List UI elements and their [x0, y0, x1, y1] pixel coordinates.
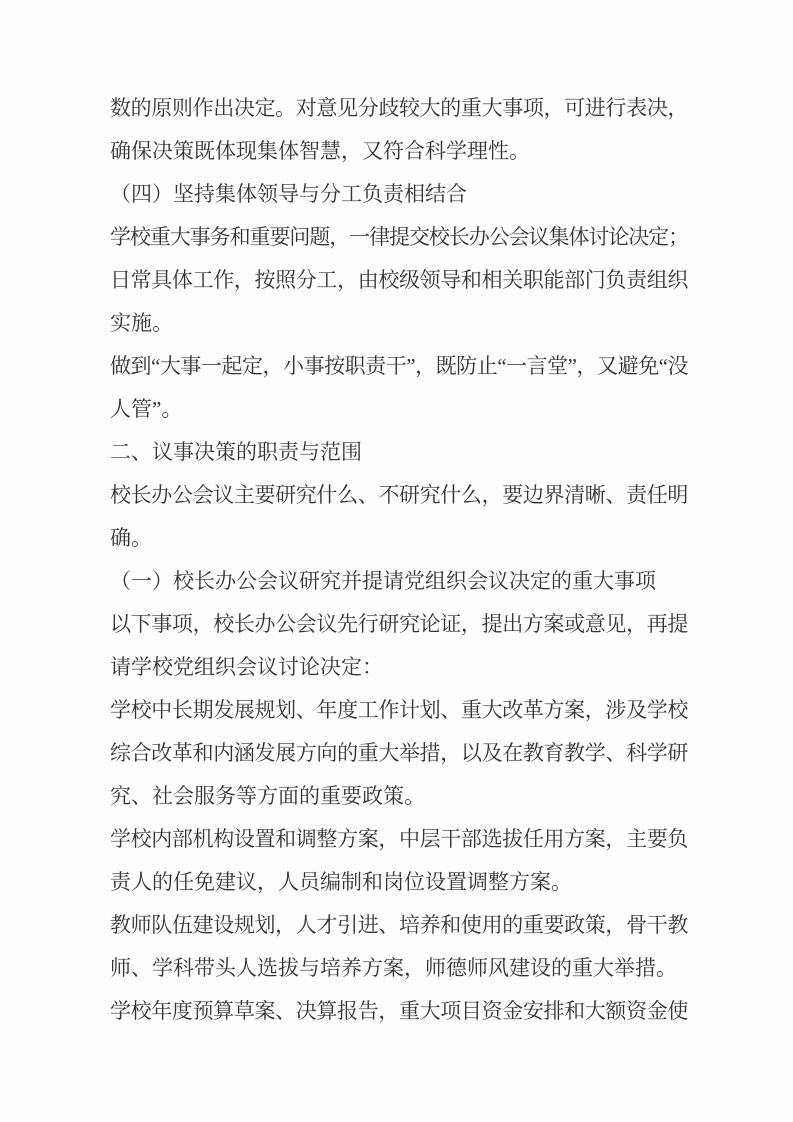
text-line: 学校内部机构设置和调整方案，中层干部选拔任用方案，主要负 [110, 818, 688, 861]
text-line: 实施。 [110, 302, 688, 345]
text-line: 师、学科带头人选拔与培养方案，师德师风建设的重大举措。 [110, 947, 688, 990]
document-text-block: 数的原则作出决定。对意见分歧较大的重大事项，可进行表决， 确保决策既体现集体智慧… [110, 87, 688, 1033]
document-page: 数的原则作出决定。对意见分歧较大的重大事项，可进行表决， 确保决策既体现集体智慧… [0, 0, 793, 1122]
text-line: 做到“大事一起定，小事按职责干”，既防止“一言堂”，又避免“没 [110, 345, 688, 388]
text-line: 日常具体工作，按照分工，由校级领导和相关职能部门负责组织 [110, 259, 688, 302]
text-line: 校长办公会议主要研究什么、不研究什么，要边界清晰、责任明 [110, 474, 688, 517]
text-line: 究、社会服务等方面的重要政策。 [110, 775, 688, 818]
text-line: 学校重大事务和重要问题，一律提交校长办公会议集体讨论决定； [110, 216, 688, 259]
text-line: 综合改革和内涵发展方向的重大举措，以及在教育教学、科学研 [110, 732, 688, 775]
text-line: 数的原则作出决定。对意见分歧较大的重大事项，可进行表决， [110, 87, 688, 130]
text-line: 学校年度预算草案、决算报告，重大项目资金安排和大额资金使 [110, 990, 688, 1033]
subsection-heading-si: （四）坚持集体领导与分工负责相结合 [110, 173, 688, 216]
text-line: 学校中长期发展规划、年度工作计划、重大改革方案，涉及学校 [110, 689, 688, 732]
text-line: 人管”。 [110, 388, 688, 431]
text-line: 以下事项，校长办公会议先行研究论证，提出方案或意见，再提 [110, 603, 688, 646]
section-heading-er: 二、议事决策的职责与范围 [110, 431, 688, 474]
text-line: 请学校党组织会议讨论决定： [110, 646, 688, 689]
subsection-heading-yi: （一）校长办公会议研究并提请党组织会议决定的重大事项 [110, 560, 688, 603]
text-line: 责人的任免建议，人员编制和岗位设置调整方案。 [110, 861, 688, 904]
text-line: 教师队伍建设规划，人才引进、培养和使用的重要政策，骨干教 [110, 904, 688, 947]
text-line: 确保决策既体现集体智慧，又符合科学理性。 [110, 130, 688, 173]
text-line: 确。 [110, 517, 688, 560]
